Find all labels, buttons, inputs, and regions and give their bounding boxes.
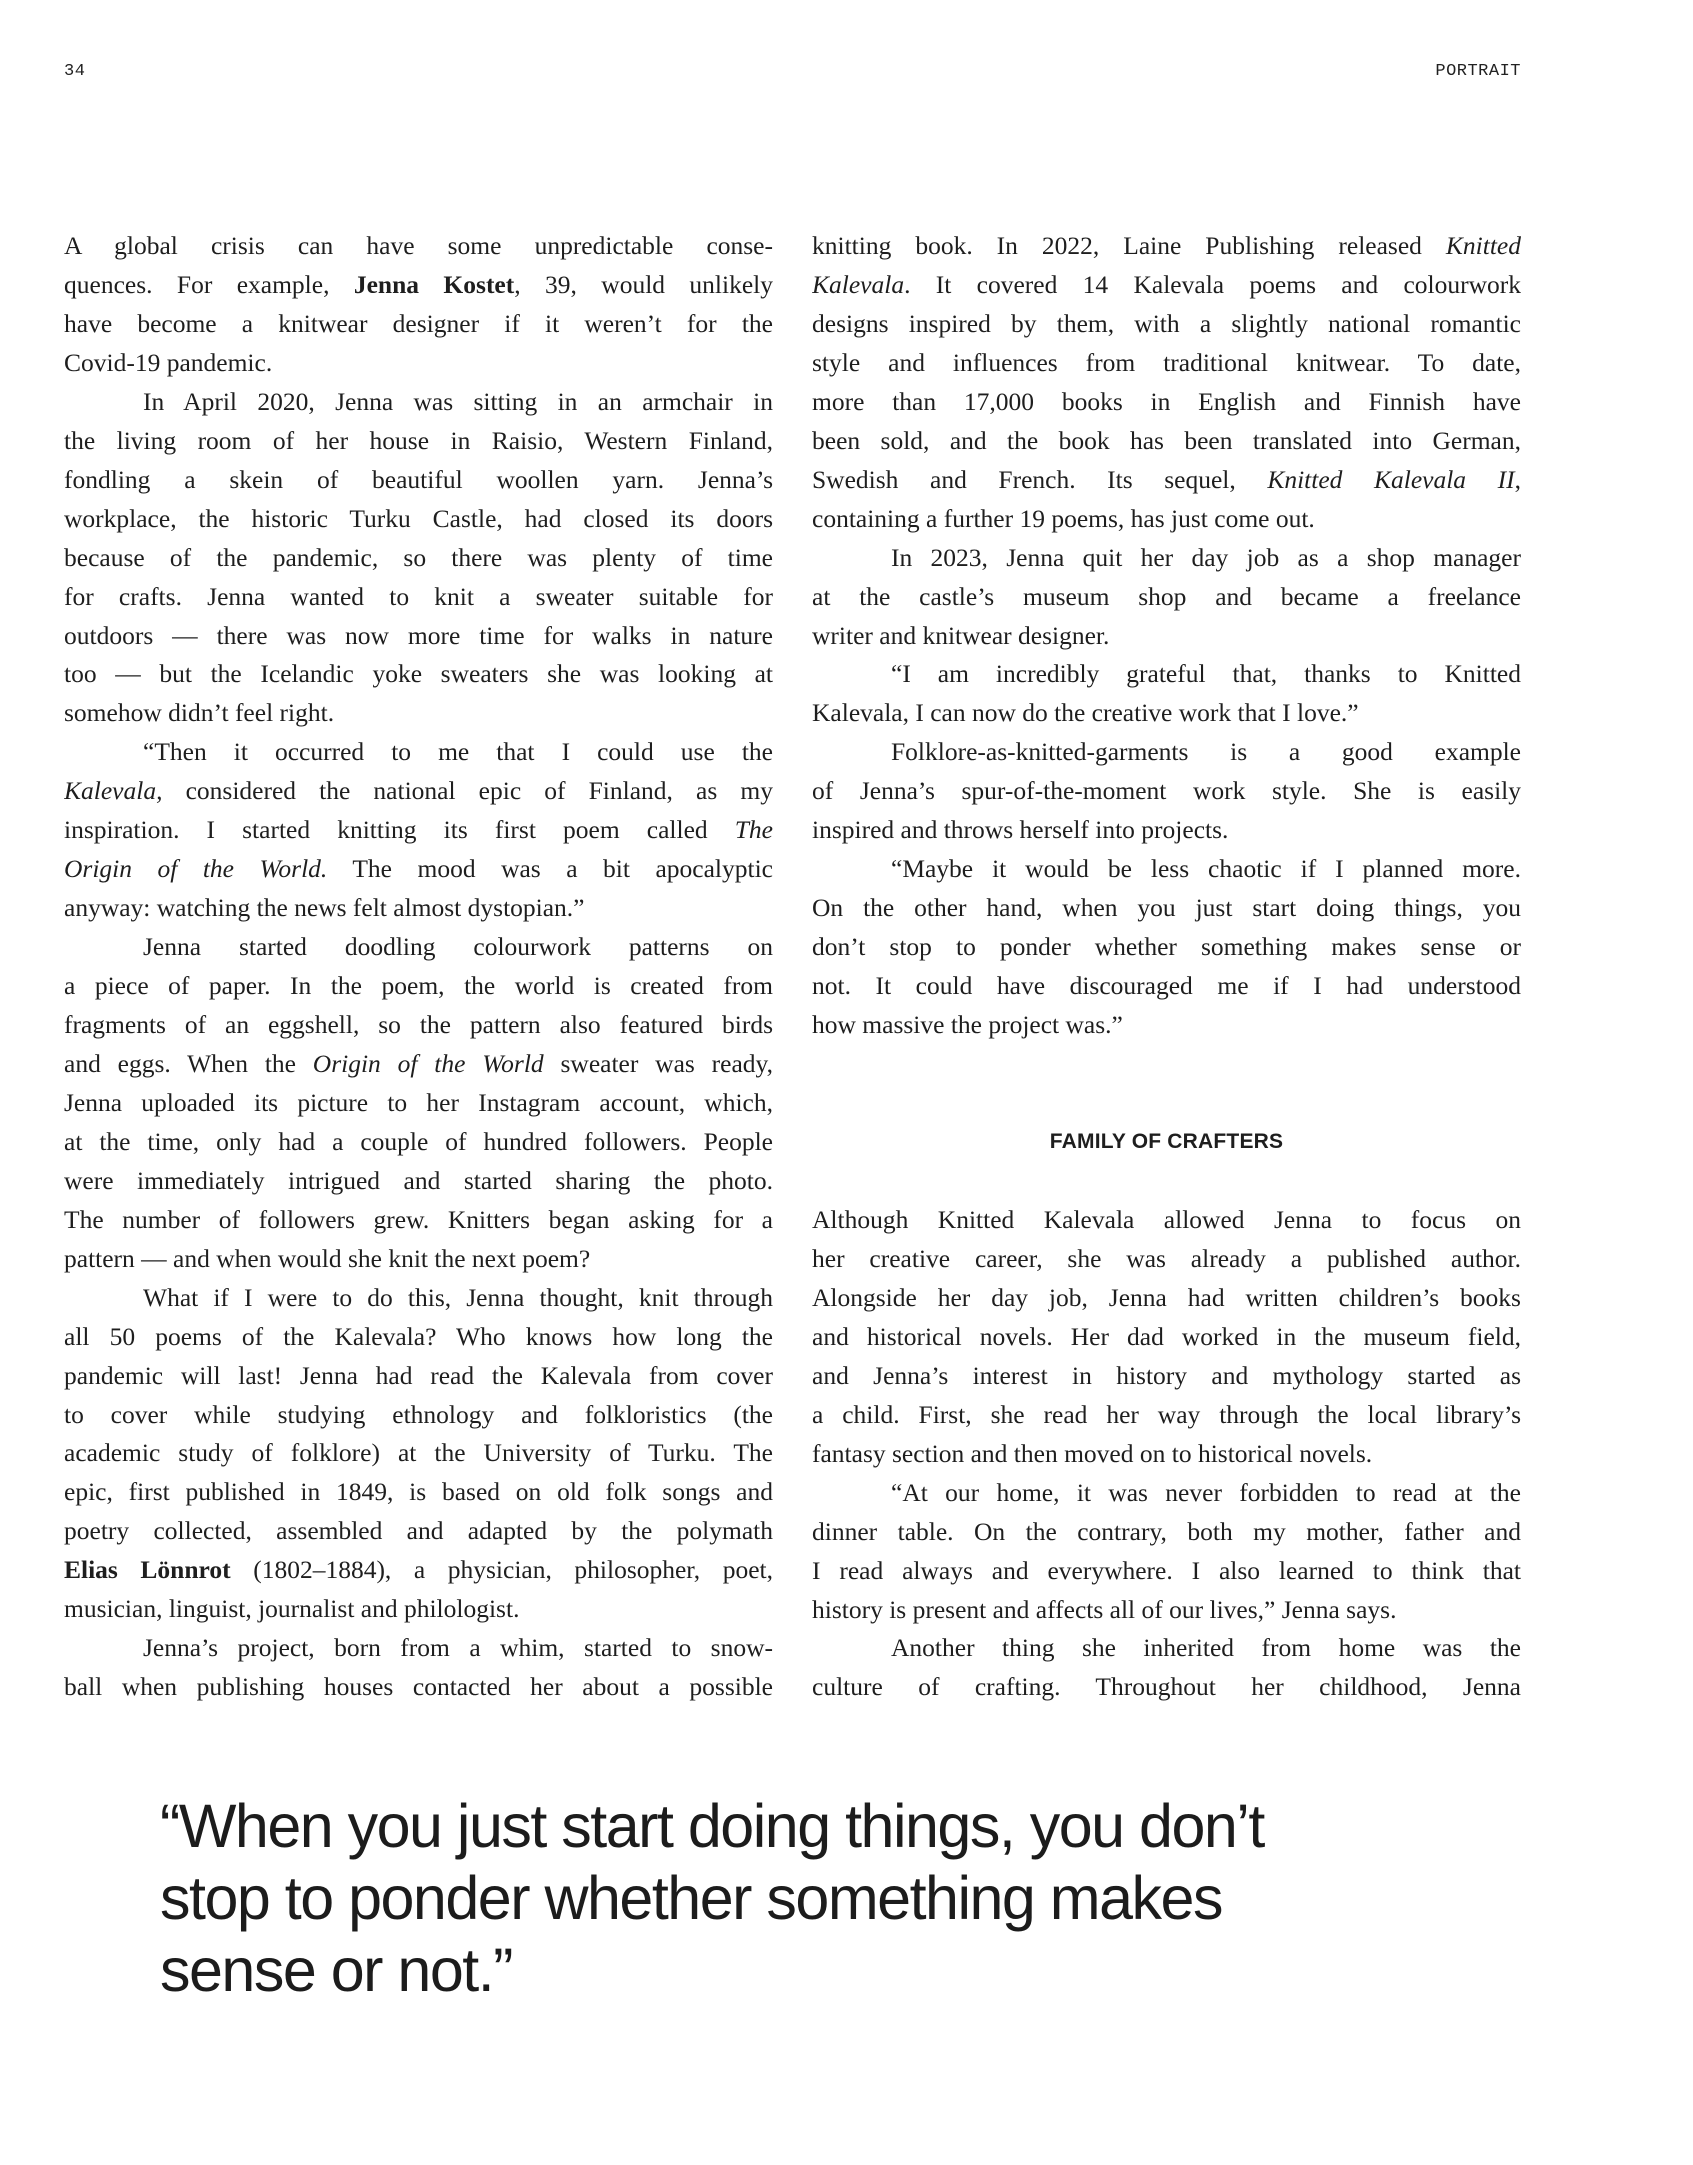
text-line: more than 17,000 books in English and Fi… [812,382,1521,421]
text-line: don’t stop to ponder whether something m… [812,927,1521,966]
text-line: history is present and affects all of ou… [812,1590,1521,1629]
text-run: a piece of paper. In the poem, the world… [64,971,773,1000]
text-run: containing a further 19 poems, has just … [812,504,1315,533]
text-run: because of the pandemic, so there was pl… [64,543,773,572]
section-label: PORTRAIT [1435,62,1521,81]
text-line: to cover while studying ethnology and fo… [64,1395,773,1434]
italic-title: Origin of the World [313,1049,544,1078]
text-line: Elias Lönnrot (1802–1884), a physician, … [64,1550,773,1589]
text-run: . It covered 14 Kalevala poems and colou… [904,270,1521,299]
text-line: pandemic will last! Jenna had read the K… [64,1356,773,1395]
text-line: Kalevala, considered the national epic o… [64,771,773,810]
text-line: “I am incredibly grateful that, thanks t… [812,654,1521,693]
text-line: On the other hand, when you just start d… [812,888,1521,927]
italic-title: Knitted Kalevala II [1267,465,1514,494]
text-run: more than 17,000 books in English and Fi… [812,387,1521,416]
text-line: I read always and everywhere. I also lea… [812,1551,1521,1590]
bold-name: Elias Lönnrot [64,1555,231,1584]
bold-name: Jenna Kostet [354,270,514,299]
text-line: at the castle’s museum shop and became a… [812,577,1521,616]
text-run: have become a knitwear designer if it we… [64,309,773,338]
text-run: knitting book. In 2022, Laine Publishing… [812,231,1446,260]
text-run: somehow didn’t feel right. [64,698,334,727]
text-line: What if I were to do this, Jenna thought… [64,1278,773,1317]
italic-title: Knitted [1446,231,1521,260]
text-line: Folklore-as-knitted-garments is a good e… [812,732,1521,771]
text-line: inspiration. I started knitting its firs… [64,810,773,849]
pull-quote-line: “When you just start doing things, you d… [160,1790,1264,1862]
text-run: Alongside her day job, Jenna had written… [812,1283,1521,1312]
text-run: “I am incredibly grateful that, thanks t… [891,659,1521,688]
text-run: Swedish and French. Its sequel, [812,465,1267,494]
text-run: fantasy section and then moved on to his… [812,1439,1372,1468]
text-run: not. It could have discouraged me if I h… [812,971,1521,1000]
text-line: and Jenna’s interest in history and myth… [812,1356,1521,1395]
text-line: of Jenna’s spur-of-the-moment work style… [812,771,1521,810]
text-line: anyway: watching the news felt almost dy… [64,888,773,927]
text-run: (1802–1884), a physician, philosopher, p… [231,1555,773,1584]
text-run: On the other hand, when you just start d… [812,893,1521,922]
text-line: have become a knitwear designer if it we… [64,304,773,343]
text-line: Swedish and French. Its sequel, Knitted … [812,460,1521,499]
text-run: of Jenna’s spur-of-the-moment work style… [812,776,1521,805]
text-run: musician, linguist, journalist and philo… [64,1594,519,1623]
text-run: quences. For example, [64,270,354,299]
text-line: Alongside her day job, Jenna had written… [812,1278,1521,1317]
text-run: Covid-19 pandemic. [64,348,272,377]
text-line: inspired and throws herself into project… [812,810,1521,849]
text-line: and historical novels. Her dad worked in… [812,1317,1521,1356]
text-line: academic study of folklore) at the Unive… [64,1433,773,1472]
text-run: to cover while studying ethnology and fo… [64,1400,773,1429]
text-run: anyway: watching the news felt almost dy… [64,893,585,922]
text-line: because of the pandemic, so there was pl… [64,538,773,577]
italic-title: Kalevala [812,270,904,299]
text-run: outdoors — there was now more time for w… [64,621,773,650]
pull-quote-line: stop to ponder whether something makes [160,1862,1222,1934]
text-run: considered the national epic of Finland,… [162,776,773,805]
text-run: how massive the project was.” [812,1010,1123,1039]
text-line: her creative career, she was already a p… [812,1239,1521,1278]
text-run: A global crisis can have some unpredicta… [64,231,773,260]
text-line: In 2023, Jenna quit her day job as a sho… [812,538,1521,577]
text-line: “At our home, it was never forbidden to … [812,1473,1521,1512]
text-line: fondling a skein of beautiful woollen ya… [64,460,773,499]
text-line: knitting book. In 2022, Laine Publishing… [812,226,1521,265]
text-run: Jenna’s project, born from a whim, start… [143,1633,773,1662]
text-run: for crafts. Jenna wanted to knit a sweat… [64,582,773,611]
text-run: In April 2020, Jenna was sitting in an a… [143,387,773,416]
text-line: Although Knitted Kalevala allowed Jenna … [812,1200,1521,1239]
text-run: Another thing she inherited from home wa… [891,1633,1521,1662]
text-run: were immediately intrigued and started s… [64,1166,773,1195]
text-run: don’t stop to ponder whether something m… [812,932,1521,961]
text-line: quences. For example, Jenna Kostet, 39, … [64,265,773,304]
text-run: Folklore-as-knitted-garments is a good e… [891,737,1521,766]
text-run: at the castle’s museum shop and became a… [812,582,1521,611]
text-run: I read always and everywhere. I also lea… [812,1556,1521,1585]
text-line: not. It could have discouraged me if I h… [812,966,1521,1005]
text-run: inspired and throws herself into project… [812,815,1228,844]
text-line: containing a further 19 poems, has just … [812,499,1521,538]
text-line: A global crisis can have some unpredicta… [64,226,773,265]
text-line: how massive the project was.” [812,1005,1521,1044]
text-run: “At our home, it was never forbidden to … [891,1478,1521,1507]
text-line: “Maybe it would be less chaotic if I pla… [812,849,1521,888]
text-line: outdoors — there was now more time for w… [64,616,773,655]
text-run: at the time, only had a couple of hundre… [64,1127,773,1156]
text-line: were immediately intrigued and started s… [64,1161,773,1200]
text-line: Origin of the World. The mood was a bit … [64,849,773,888]
text-line: at the time, only had a couple of hundre… [64,1122,773,1161]
text-run: pandemic will last! Jenna had read the K… [64,1361,773,1390]
text-line: Another thing she inherited from home wa… [812,1628,1521,1667]
text-line: the living room of her house in Raisio, … [64,421,773,460]
text-line: dinner table. On the contrary, both my m… [812,1512,1521,1551]
text-line: workplace, the historic Turku Castle, ha… [64,499,773,538]
text-run: academic study of folklore) at the Unive… [64,1438,773,1467]
text-line: too — but the Icelandic yoke sweaters sh… [64,654,773,693]
text-line: all 50 poems of the Kalevala? Who knows … [64,1317,773,1356]
text-run: workplace, the historic Turku Castle, ha… [64,504,773,533]
text-line: somehow didn’t feel right. [64,693,773,732]
text-line: been sold, and the book has been transla… [812,421,1521,460]
text-run: Kalevala, I can now do the creative work… [812,698,1359,727]
text-run: and Jenna’s interest in history and myth… [812,1361,1521,1390]
text-line: pattern — and when would she knit the ne… [64,1239,773,1278]
text-line: style and influences from traditional kn… [812,343,1521,382]
text-run: dinner table. On the contrary, both my m… [812,1517,1521,1546]
text-line: Kalevala, I can now do the creative work… [812,693,1521,732]
text-line: “Then it occurred to me that I could use… [64,732,773,771]
text-run: ball when publishing houses contacted he… [64,1672,773,1701]
text-line: epic, first published in 1849, is based … [64,1472,773,1511]
text-run: style and influences from traditional kn… [812,348,1521,377]
text-run: her creative career, she was already a p… [812,1244,1521,1273]
text-line: musician, linguist, journalist and philo… [64,1589,773,1628]
text-run: The number of followers grew. Knitters b… [64,1205,773,1234]
text-run: pattern — and when would she knit the ne… [64,1244,590,1273]
text-line: fragments of an eggshell, so the pattern… [64,1005,773,1044]
text-line: designs inspired by them, with a slightl… [812,304,1521,343]
text-run: In 2023, Jenna quit her day job as a sho… [891,543,1521,572]
text-run: fondling a skein of beautiful woollen ya… [64,465,773,494]
text-line: Kalevala. It covered 14 Kalevala poems a… [812,265,1521,304]
page-number: 34 [64,62,85,81]
text-run: Jenna started doodling colourwork patter… [143,932,773,961]
text-line: Jenna started doodling colourwork patter… [64,927,773,966]
text-line: a child. First, she read her way through… [812,1395,1521,1434]
section-heading: FAMILY OF CRAFTERS [812,1130,1521,1154]
text-run: writer and knitwear designer. [812,621,1109,650]
text-run: “Then it occurred to me that I could use… [143,737,773,766]
text-run: designs inspired by them, with a slightl… [812,309,1521,338]
text-line: a piece of paper. In the poem, the world… [64,966,773,1005]
text-line: Jenna uploaded its picture to her Instag… [64,1083,773,1122]
text-line: culture of crafting. Throughout her chil… [812,1667,1521,1706]
text-run: been sold, and the book has been transla… [812,426,1521,455]
text-run: all 50 poems of the Kalevala? Who knows … [64,1322,773,1351]
text-run: and eggs. When the [64,1049,313,1078]
text-run: poetry collected, assembled and adapted … [64,1516,773,1545]
text-run: Although Knitted Kalevala allowed Jenna … [812,1205,1521,1234]
text-line: Jenna’s project, born from a whim, start… [64,1628,773,1667]
text-run: “Maybe it would be less chaotic if I pla… [891,854,1521,883]
text-line: poetry collected, assembled and adapted … [64,1511,773,1550]
text-run: inspiration. I started knitting its firs… [64,815,735,844]
text-run: The mood was a bit apocalyptic [327,854,773,883]
text-run: fragments of an eggshell, so the pattern… [64,1010,773,1039]
text-run: What if I were to do this, Jenna thought… [143,1283,773,1312]
text-line: ball when publishing houses contacted he… [64,1667,773,1706]
text-run: a child. First, she read her way through… [812,1400,1521,1429]
italic-title: Kalevala, [64,776,162,805]
text-line: Covid-19 pandemic. [64,343,773,382]
text-line: The number of followers grew. Knitters b… [64,1200,773,1239]
text-run: Jenna uploaded its picture to her Instag… [64,1088,773,1117]
italic-title: The [735,815,773,844]
text-line: fantasy section and then moved on to his… [812,1434,1521,1473]
text-run: epic, first published in 1849, is based … [64,1477,773,1506]
pull-quote-line: sense or not.” [160,1934,512,2006]
text-run: sweater was ready, [544,1049,773,1078]
text-line: for crafts. Jenna wanted to knit a sweat… [64,577,773,616]
text-run: the living room of her house in Raisio, … [64,426,773,455]
text-run: culture of crafting. Throughout her chil… [812,1672,1521,1701]
text-line: In April 2020, Jenna was sitting in an a… [64,382,773,421]
text-line: writer and knitwear designer. [812,616,1521,655]
text-line: and eggs. When the Origin of the World s… [64,1044,773,1083]
text-run: history is present and affects all of ou… [812,1595,1396,1624]
italic-title: Origin of the World. [64,854,327,883]
text-run: , 39, would unlikely [514,270,773,299]
text-run: too — but the Icelandic yoke sweaters sh… [64,659,773,688]
text-run: and historical novels. Her dad worked in… [812,1322,1521,1351]
text-run: , [1515,465,1521,494]
